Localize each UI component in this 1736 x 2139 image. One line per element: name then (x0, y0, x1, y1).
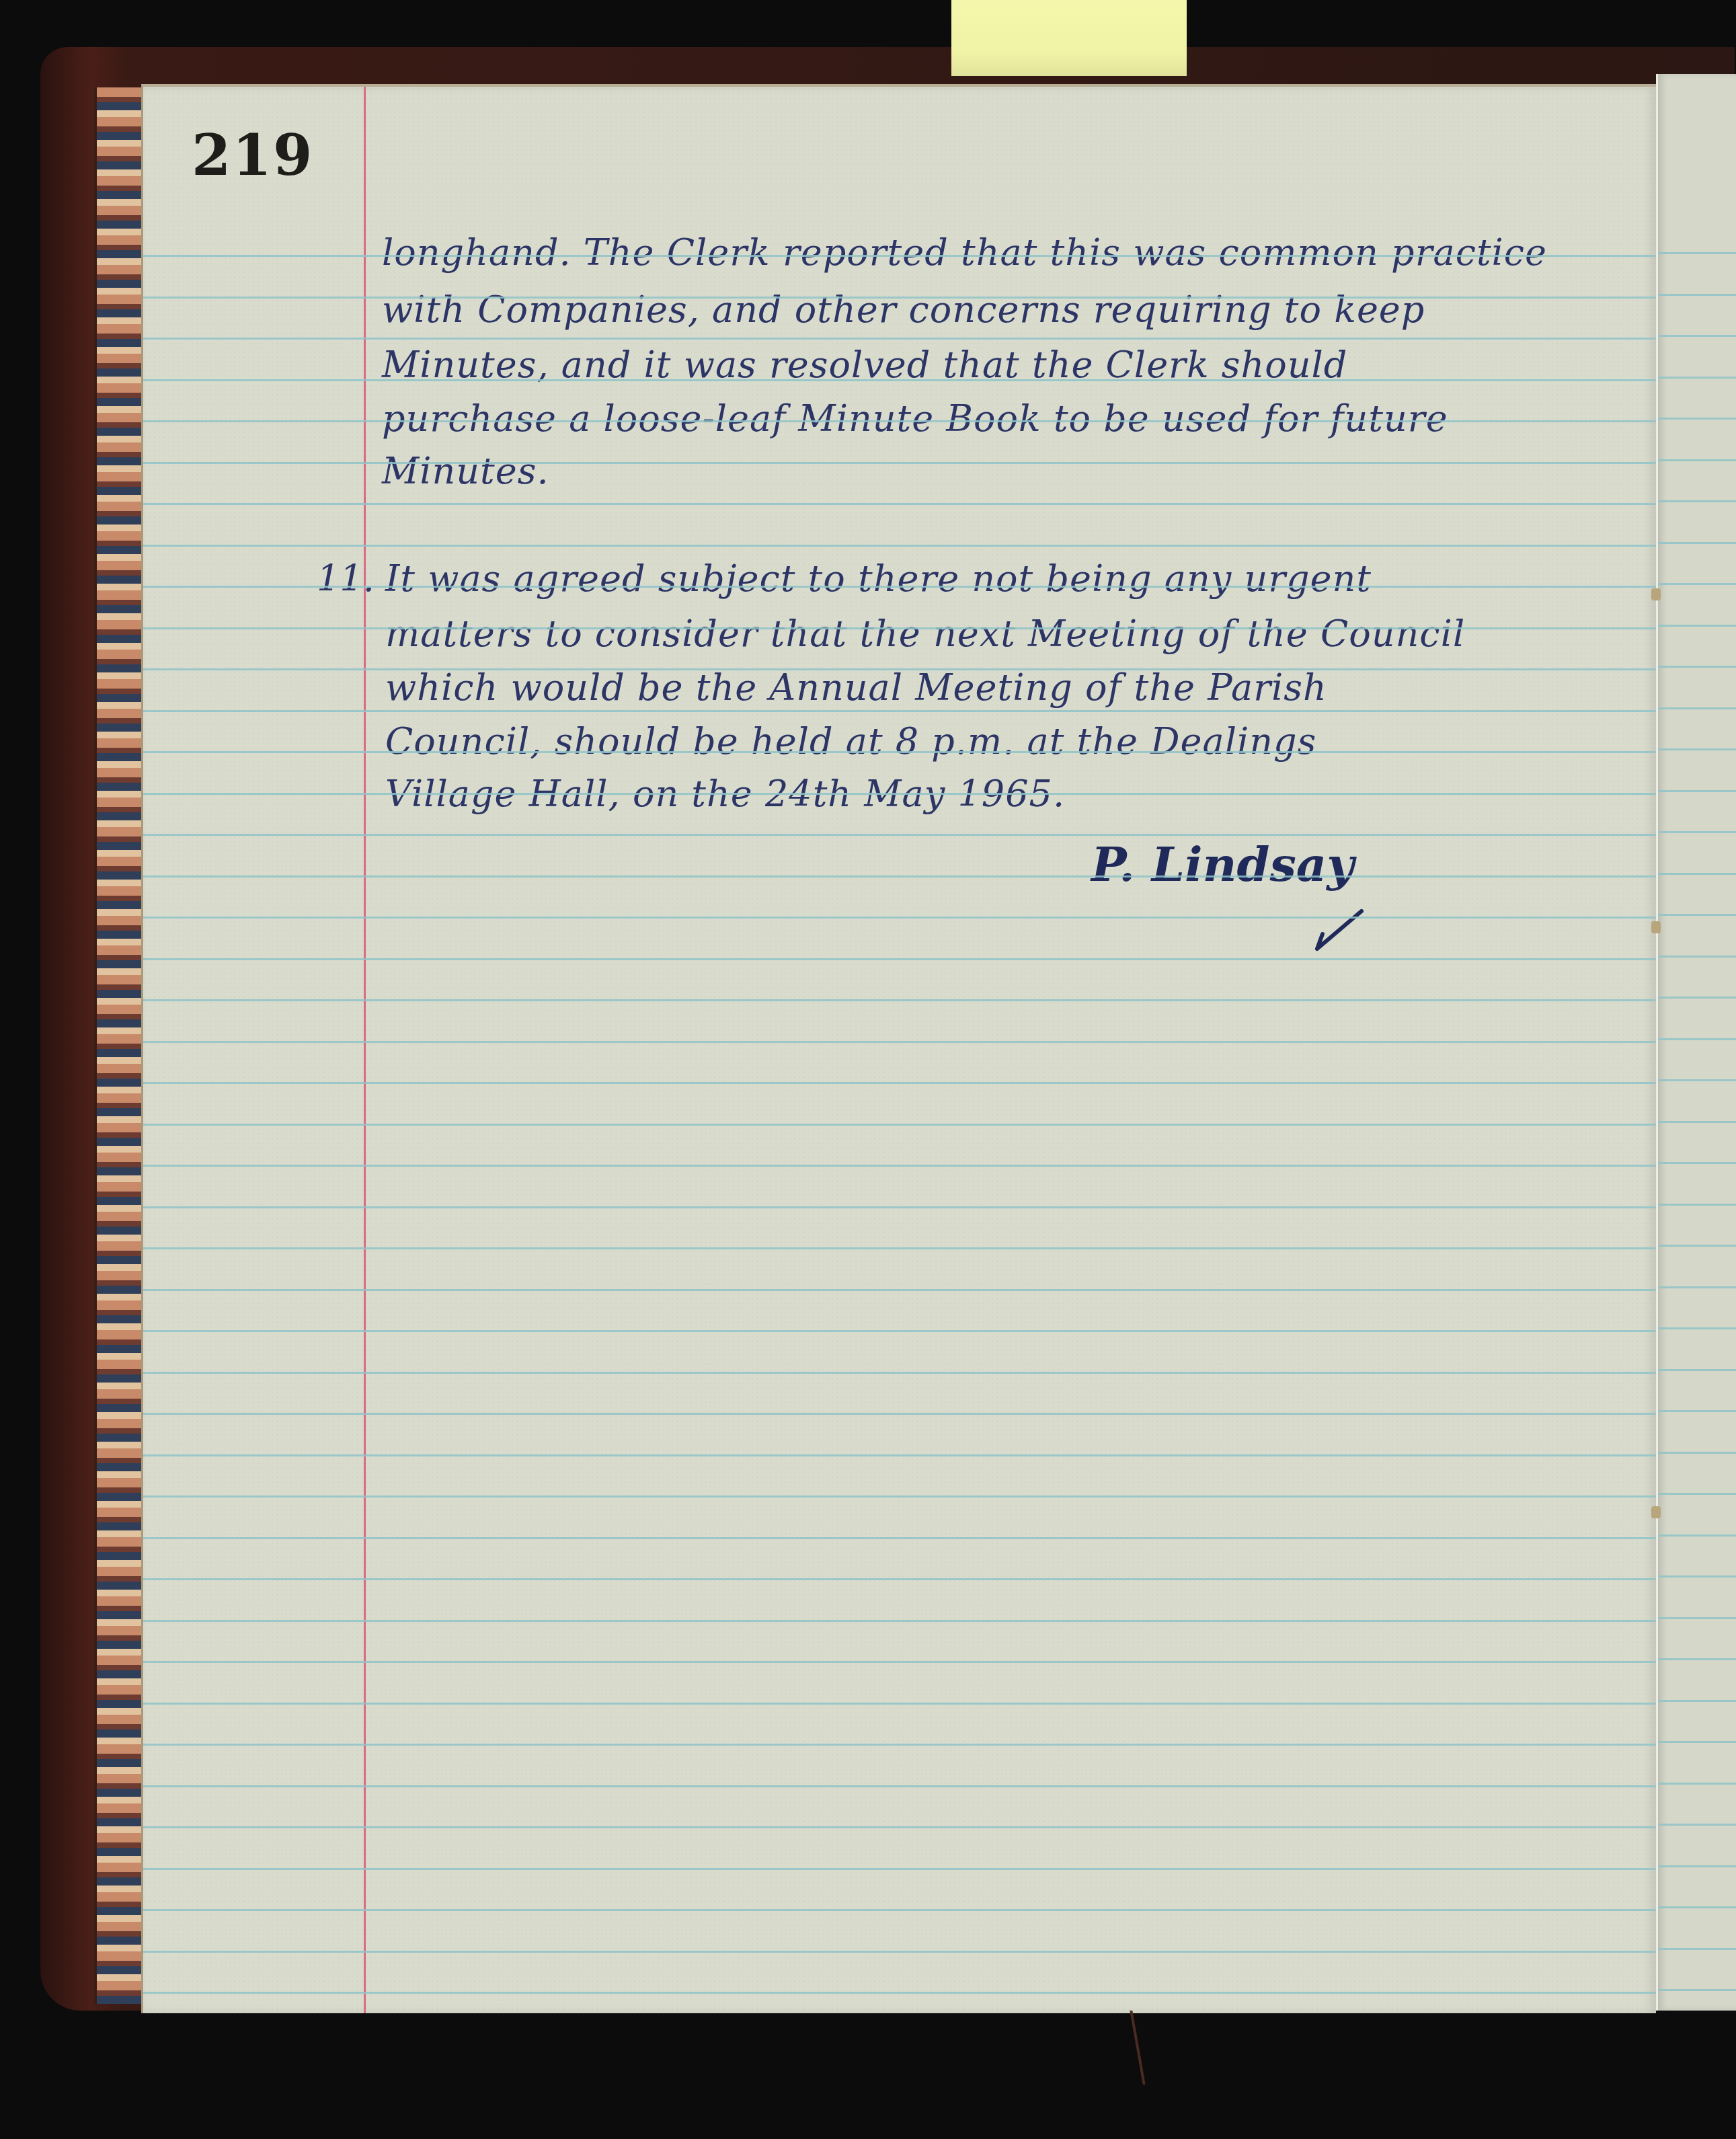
ruled-line (1658, 1534, 1736, 1537)
binding-stitch (1651, 921, 1661, 933)
ruled-line (143, 958, 1656, 960)
ruled-line (143, 1909, 1656, 1911)
ruled-line (143, 627, 1656, 629)
ruled-line (1658, 500, 1736, 502)
ruled-line (143, 462, 1656, 464)
text-line: purchase a loose-leaf Minute Book to be … (382, 397, 1448, 440)
ruled-line (1658, 914, 1736, 916)
item-number: 11. (317, 557, 374, 600)
loose-thread (1130, 2011, 1172, 2085)
ruled-line (1658, 1079, 1736, 1081)
ruled-line (1658, 1783, 1736, 1785)
binding-stitch (1651, 1506, 1661, 1518)
ruled-line (1658, 1245, 1736, 1247)
ruled-line (143, 668, 1656, 670)
ruled-line (1658, 1121, 1736, 1123)
ruled-line (143, 545, 1656, 547)
ruled-line (143, 586, 1656, 588)
red-margin-line (364, 87, 366, 2013)
ruled-line (1658, 748, 1736, 750)
ruled-line (1658, 625, 1736, 627)
ruled-line (143, 1826, 1656, 1828)
ruled-line (143, 1247, 1656, 1249)
ruled-line (1658, 1617, 1736, 1619)
ruled-line (143, 1868, 1656, 1870)
ruled-line (1658, 418, 1736, 420)
ruled-line (1658, 583, 1736, 585)
ruled-line (1658, 1369, 1736, 1371)
ruled-line (1658, 1576, 1736, 1578)
item-11-line: It was agreed subject to there not being… (385, 557, 1372, 600)
text-line: Minutes. (382, 450, 549, 492)
ruled-line (143, 1082, 1656, 1084)
ruled-line (143, 793, 1656, 795)
ruled-line (143, 876, 1656, 878)
ruled-line (143, 1744, 1656, 1746)
ruled-line (143, 1124, 1656, 1126)
ruled-line (143, 1951, 1656, 1953)
signature: P. Lindsay (1091, 837, 1354, 892)
ruled-line (1658, 377, 1736, 379)
check-mark-icon (1313, 907, 1367, 954)
ruled-line (1658, 1989, 1736, 1991)
ruled-line (143, 503, 1656, 505)
page-number: 219 (192, 122, 313, 188)
ruled-line (1658, 873, 1736, 875)
ruled-line (1658, 1824, 1736, 1826)
item-11-line: which would be the Annual Meeting of the… (385, 666, 1327, 709)
ruled-line (143, 834, 1656, 836)
ruled-line (143, 297, 1656, 299)
ruled-line (143, 1413, 1656, 1415)
item-11-line: matters to consider that the next Meetin… (385, 613, 1465, 655)
ruled-line (143, 255, 1656, 257)
ruled-line (143, 338, 1656, 340)
ruled-line (143, 1330, 1656, 1332)
ruled-line (1658, 707, 1736, 709)
ruled-line (143, 1661, 1656, 1663)
ruled-line (143, 1372, 1656, 1374)
binding-stitch (1651, 588, 1661, 600)
ruled-line (1658, 1204, 1736, 1206)
ruled-line (143, 710, 1656, 712)
ruled-line (1658, 1948, 1736, 1950)
ruled-line (1658, 1658, 1736, 1660)
ruled-line (1658, 1038, 1736, 1040)
ruled-line (1658, 790, 1736, 792)
ruled-line (1658, 1452, 1736, 1454)
item-11-line: Council, should be held at 8 p.m. at the… (385, 720, 1316, 763)
ruled-line (143, 1537, 1656, 1539)
ruled-line (1658, 666, 1736, 668)
ruled-line (143, 379, 1656, 381)
ruled-line (143, 1165, 1656, 1167)
ruled-line (143, 1495, 1656, 1498)
ruled-line (143, 1620, 1656, 1622)
ruled-line (143, 917, 1656, 919)
ruled-line (1658, 1741, 1736, 1743)
ruled-line (143, 420, 1656, 422)
sticky-note-tab (951, 0, 1187, 76)
ruled-line (143, 1454, 1656, 1456)
ruled-line (1658, 1493, 1736, 1495)
ruled-line (1658, 1286, 1736, 1288)
text-line: with Companies, and other concerns requi… (382, 288, 1425, 331)
ruled-line (1658, 1865, 1736, 1867)
ruled-line (143, 1289, 1656, 1291)
ruled-line (1658, 1906, 1736, 1908)
ruled-line (1658, 1410, 1736, 1412)
ruled-line (1658, 252, 1736, 254)
ruled-line (1658, 1700, 1736, 1702)
ruled-line (1658, 294, 1736, 296)
ruled-line (1658, 997, 1736, 999)
text-line: longhand. The Clerk reported that this w… (382, 231, 1547, 274)
ruled-line (143, 1703, 1656, 1705)
ruled-line (143, 1785, 1656, 1787)
ruled-line (1658, 542, 1736, 544)
ruled-line (1658, 1162, 1736, 1164)
ruled-line (1658, 459, 1736, 461)
ruled-line (143, 1578, 1656, 1580)
ruled-line (1658, 1327, 1736, 1329)
notebook-page: 219 longhand. The Clerk reported that th… (141, 84, 1656, 2013)
ruled-line (1658, 335, 1736, 337)
ruled-line (143, 1041, 1656, 1043)
ruled-line (143, 999, 1656, 1001)
ruled-line (1658, 831, 1736, 833)
ruled-line (143, 1206, 1656, 1208)
ruled-line (1658, 956, 1736, 958)
ruled-line (143, 751, 1656, 753)
facing-page-edge (1656, 74, 1736, 2011)
ruled-line (143, 1992, 1656, 1994)
